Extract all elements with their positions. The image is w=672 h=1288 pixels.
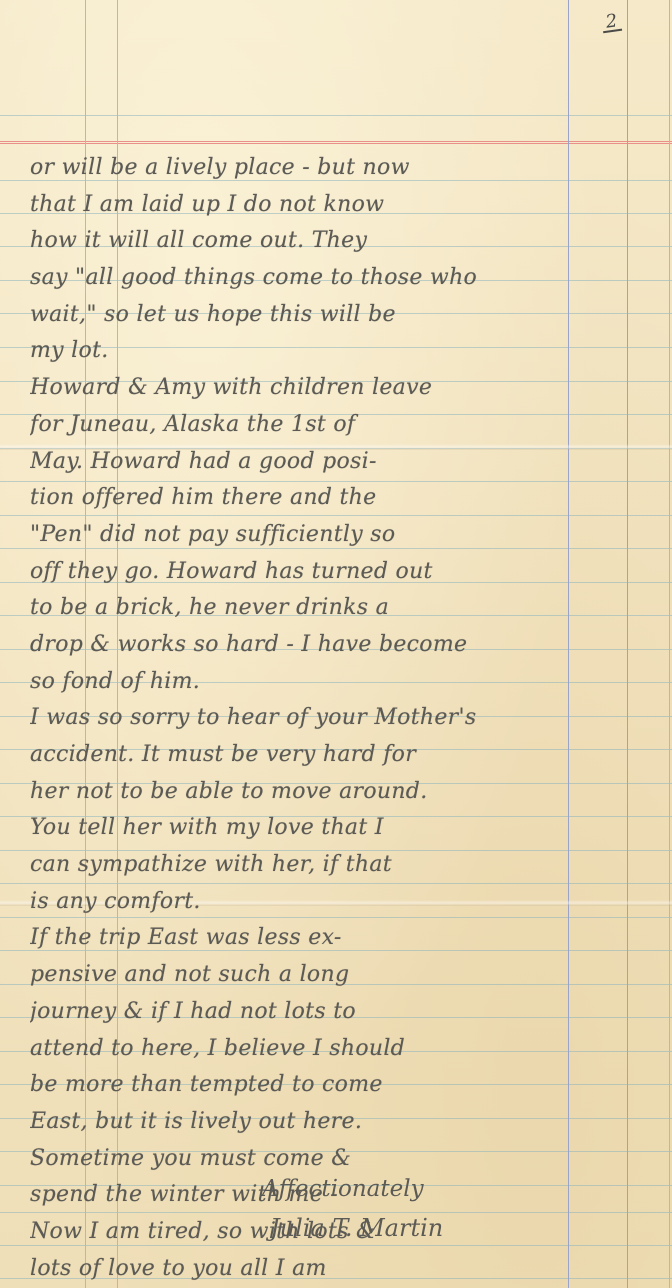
letter-line: is any comfort. <box>30 884 670 921</box>
letter-line: wait," so let us hope this will be <box>30 297 670 334</box>
letter-signature: Julia T. Martin <box>270 1214 443 1242</box>
letter-closing: Affectionately <box>262 1176 424 1202</box>
letter-line: say "all good things come to those who <box>30 260 670 297</box>
letter-line: attend to here, I believe I should <box>30 1031 670 1068</box>
letter-body: or will be a lively place - but now that… <box>30 150 670 1287</box>
letter-line: tion offered him there and the <box>30 480 670 517</box>
letter-line: or will be a lively place - but now <box>30 150 670 187</box>
letter-line: off they go. Howard has turned out <box>30 554 670 591</box>
letter-line: May. Howard had a good posi- <box>30 444 670 481</box>
letter-page: 2 or will be a lively place - but now th… <box>0 0 672 1288</box>
letter-line: drop & works so hard - I have become <box>30 627 670 664</box>
letter-line: that I am laid up I do not know <box>30 187 670 224</box>
letter-line: for Juneau, Alaska the 1st of <box>30 407 670 444</box>
letter-line: Howard & Amy with children leave <box>30 370 670 407</box>
letter-line: to be a brick, he never drinks a <box>30 590 670 627</box>
letter-line: can sympathize with her, if that <box>30 847 670 884</box>
letter-line: accident. It must be very hard for <box>30 737 670 774</box>
letter-line: You tell her with my love that I <box>30 810 670 847</box>
ruled-line <box>0 115 672 116</box>
letter-line: East, but it is lively out here. <box>30 1104 670 1141</box>
letter-line: so fond of him. <box>30 664 670 701</box>
letter-line: her not to be able to move around. <box>30 774 670 811</box>
letter-line: pensive and not such a long <box>30 957 670 994</box>
letter-line: how it will all come out. They <box>30 223 670 260</box>
letter-line: "Pen" did not pay sufficiently so <box>30 517 670 554</box>
letter-line: my lot. <box>30 333 670 370</box>
letter-line: I was so sorry to hear of your Mother's <box>30 700 670 737</box>
letter-line: If the trip East was less ex- <box>30 920 670 957</box>
red-header-rule <box>0 141 672 144</box>
letter-line: be more than tempted to come <box>30 1067 670 1104</box>
page-number: 2 <box>601 13 623 34</box>
letter-line: journey & if I had not lots to <box>30 994 670 1031</box>
letter-line: Sometime you must come & <box>30 1141 670 1178</box>
letter-line: lots of love to you all I am <box>30 1251 670 1288</box>
